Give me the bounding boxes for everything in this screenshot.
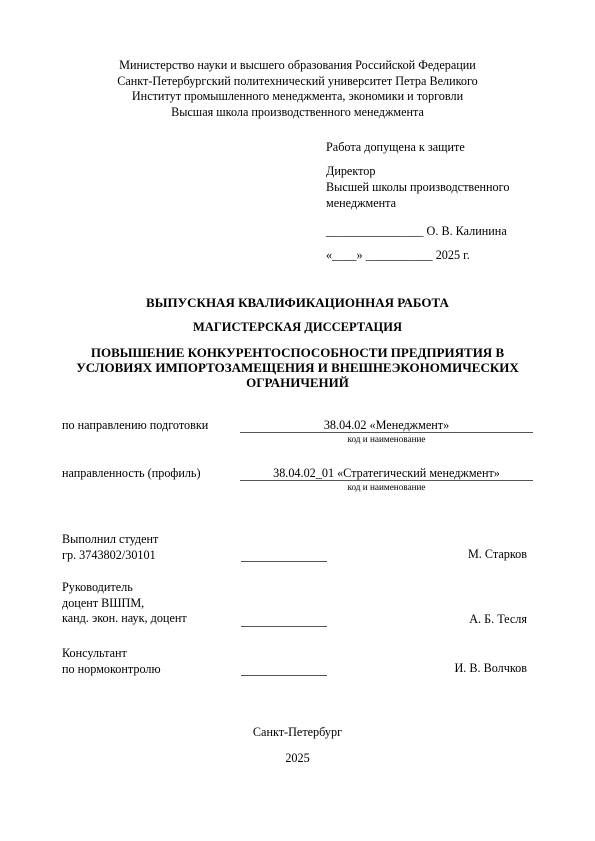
work-topic: ПОВЫШЕНИЕ КОНКУРЕНТОСПОСОБНОСТИ ПРЕДПРИЯ… <box>0 345 595 390</box>
topic-line: ОГРАНИЧЕНИЙ <box>0 375 595 390</box>
role-line: по нормоконтролю <box>62 661 161 677</box>
field-caption: код и наименование <box>240 434 533 444</box>
work-subtype: МАГИСТЕРСКАЯ ДИССЕРТАЦИЯ <box>0 320 595 335</box>
role-line: Выполнил студент <box>62 531 158 547</box>
field-label-direction: по направлению подготовки <box>62 418 208 433</box>
field-label-profile: направленность (профиль) <box>62 466 201 481</box>
field-value-profile: 38.04.02_01 «Стратегический менеджмент» <box>240 466 533 481</box>
school-line: Высшая школа производственного менеджмен… <box>0 105 595 121</box>
approval-date: «____» ___________ 2025 г. <box>326 247 470 263</box>
footer-city: Санкт-Петербург <box>0 725 595 740</box>
signature-role-student: Выполнил студент гр. 3743802/30101 <box>62 531 158 563</box>
role-line: канд. экон. наук, доцент <box>62 611 187 627</box>
approval-position: Директор Высшей школы производственного … <box>326 163 509 211</box>
topic-line: ПОВЫШЕНИЕ КОНКУРЕНТОСПОСОБНОСТИ ПРЕДПРИЯ… <box>0 345 595 360</box>
approval-signature: ________________ О. В. Калинина <box>326 223 507 239</box>
signature-role-supervisor: Руководитель доцент ВШПМ, канд. экон. на… <box>62 580 187 627</box>
ministry-line: Министерство науки и высшего образования… <box>0 58 595 74</box>
signature-line <box>241 561 327 562</box>
work-type: ВЫПУСКНАЯ КВАЛИФИКАЦИОННАЯ РАБОТА <box>0 295 595 311</box>
university-line: Санкт-Петербургский политехнический унив… <box>0 74 595 90</box>
signature-name-student: М. Старков <box>468 547 527 562</box>
topic-line: УСЛОВИЯХ ИМПОРТОЗАМЕЩЕНИЯ И ВНЕШНЕЭКОНОМ… <box>0 360 595 375</box>
signature-role-consultant: Консультант по нормоконтролю <box>62 645 161 677</box>
role-line: доцент ВШПМ, <box>62 596 187 612</box>
field-value-direction: 38.04.02 «Менеджмент» <box>240 418 533 433</box>
approval-position-line: Высшей школы производственного <box>326 179 509 195</box>
role-line: Консультант <box>62 645 161 661</box>
approval-admitted: Работа допущена к защите <box>326 139 465 155</box>
signature-name-supervisor: А. Б. Тесля <box>469 612 527 627</box>
signature-line <box>241 626 327 627</box>
signature-name-consultant: И. В. Волчков <box>454 661 527 676</box>
signature-line <box>241 675 327 676</box>
institute-line: Институт промышленного менеджмента, экон… <box>0 89 595 105</box>
approval-position-line: менеджмента <box>326 195 509 211</box>
approval-position-line: Директор <box>326 163 509 179</box>
role-line: гр. 3743802/30101 <box>62 547 158 563</box>
footer-year: 2025 <box>0 751 595 766</box>
role-line: Руководитель <box>62 580 187 596</box>
institution-header: Министерство науки и высшего образования… <box>0 58 595 120</box>
field-caption: код и наименование <box>240 482 533 492</box>
